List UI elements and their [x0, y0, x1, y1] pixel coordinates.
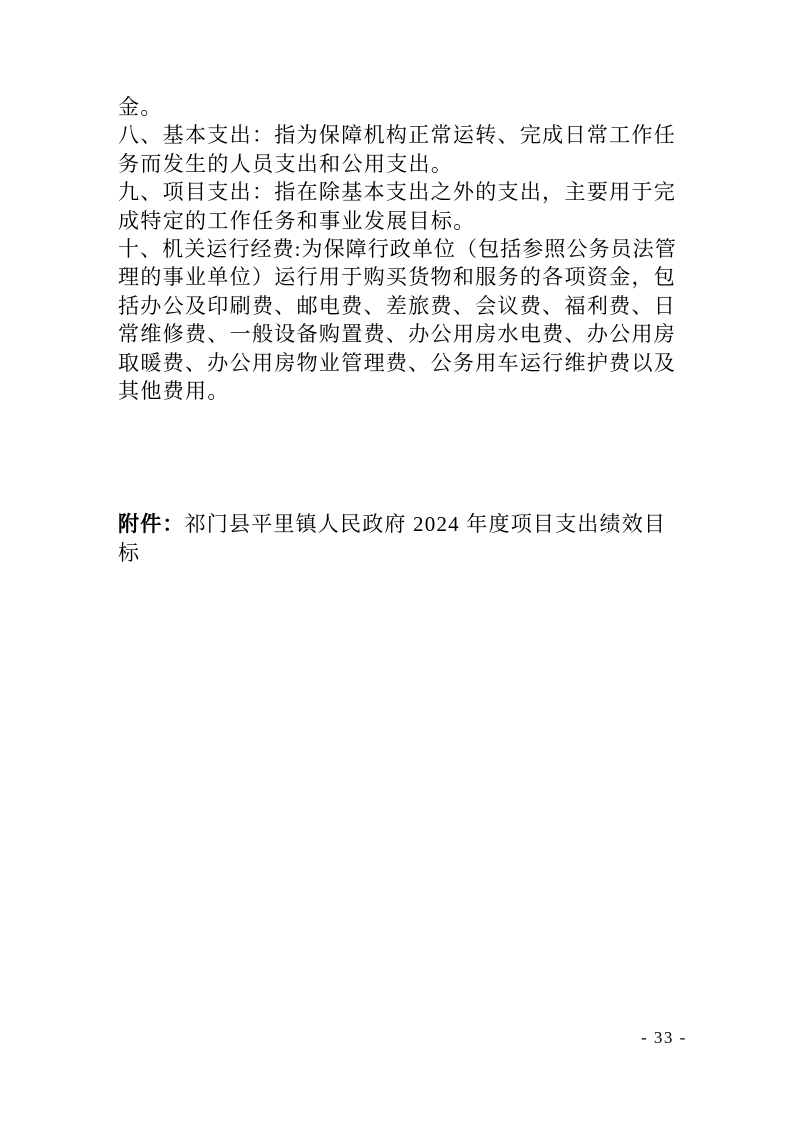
attachment-text: 祁门县平里镇人民政府 2024 年度项目支出绩效目: [185, 512, 667, 536]
paragraph-line: 金。: [118, 93, 676, 121]
paragraph-line: 括办公及印刷费、邮电费、差旅费、会议费、福利费、日: [118, 292, 676, 320]
paragraph-line: 理的事业单位）运行用于购买货物和服务的各项资金，包: [118, 263, 676, 291]
attachment-label: 附件：: [118, 513, 185, 536]
attachment-line-1: 附件：祁门县平里镇人民政府 2024 年度项目支出绩效目: [118, 510, 718, 539]
attachment-line-2: 标: [118, 539, 718, 567]
paragraph-line: 九、项目支出：指在除基本支出之外的支出，主要用于完: [118, 178, 676, 206]
paragraph-line: 务而发生的人员支出和公用支出。: [118, 150, 676, 178]
paragraph-line: 成特定的工作任务和事业发展目标。: [118, 207, 676, 235]
definitions-paragraph: 金。 八、基本支出：指为保障机构正常运转、完成日常工作任 务而发生的人员支出和公…: [118, 93, 676, 405]
paragraph-line: 八、基本支出：指为保障机构正常运转、完成日常工作任: [118, 121, 676, 149]
paragraph-line: 其他费用。: [118, 377, 676, 405]
paragraph-line: 十、机关运行经费:为保障行政单位（包括参照公务员法管: [118, 235, 676, 263]
document-page: 金。 八、基本支出：指为保障机构正常运转、完成日常工作任 务而发生的人员支出和公…: [0, 0, 793, 1122]
paragraph-line: 常维修费、一般设备购置费、办公用房水电费、办公用房: [118, 320, 676, 348]
page-number: - 33 -: [641, 1028, 687, 1048]
attachment-note: 附件：祁门县平里镇人民政府 2024 年度项目支出绩效目 标: [118, 510, 718, 568]
paragraph-line: 取暖费、办公用房物业管理费、公务用车运行维护费以及: [118, 349, 676, 377]
